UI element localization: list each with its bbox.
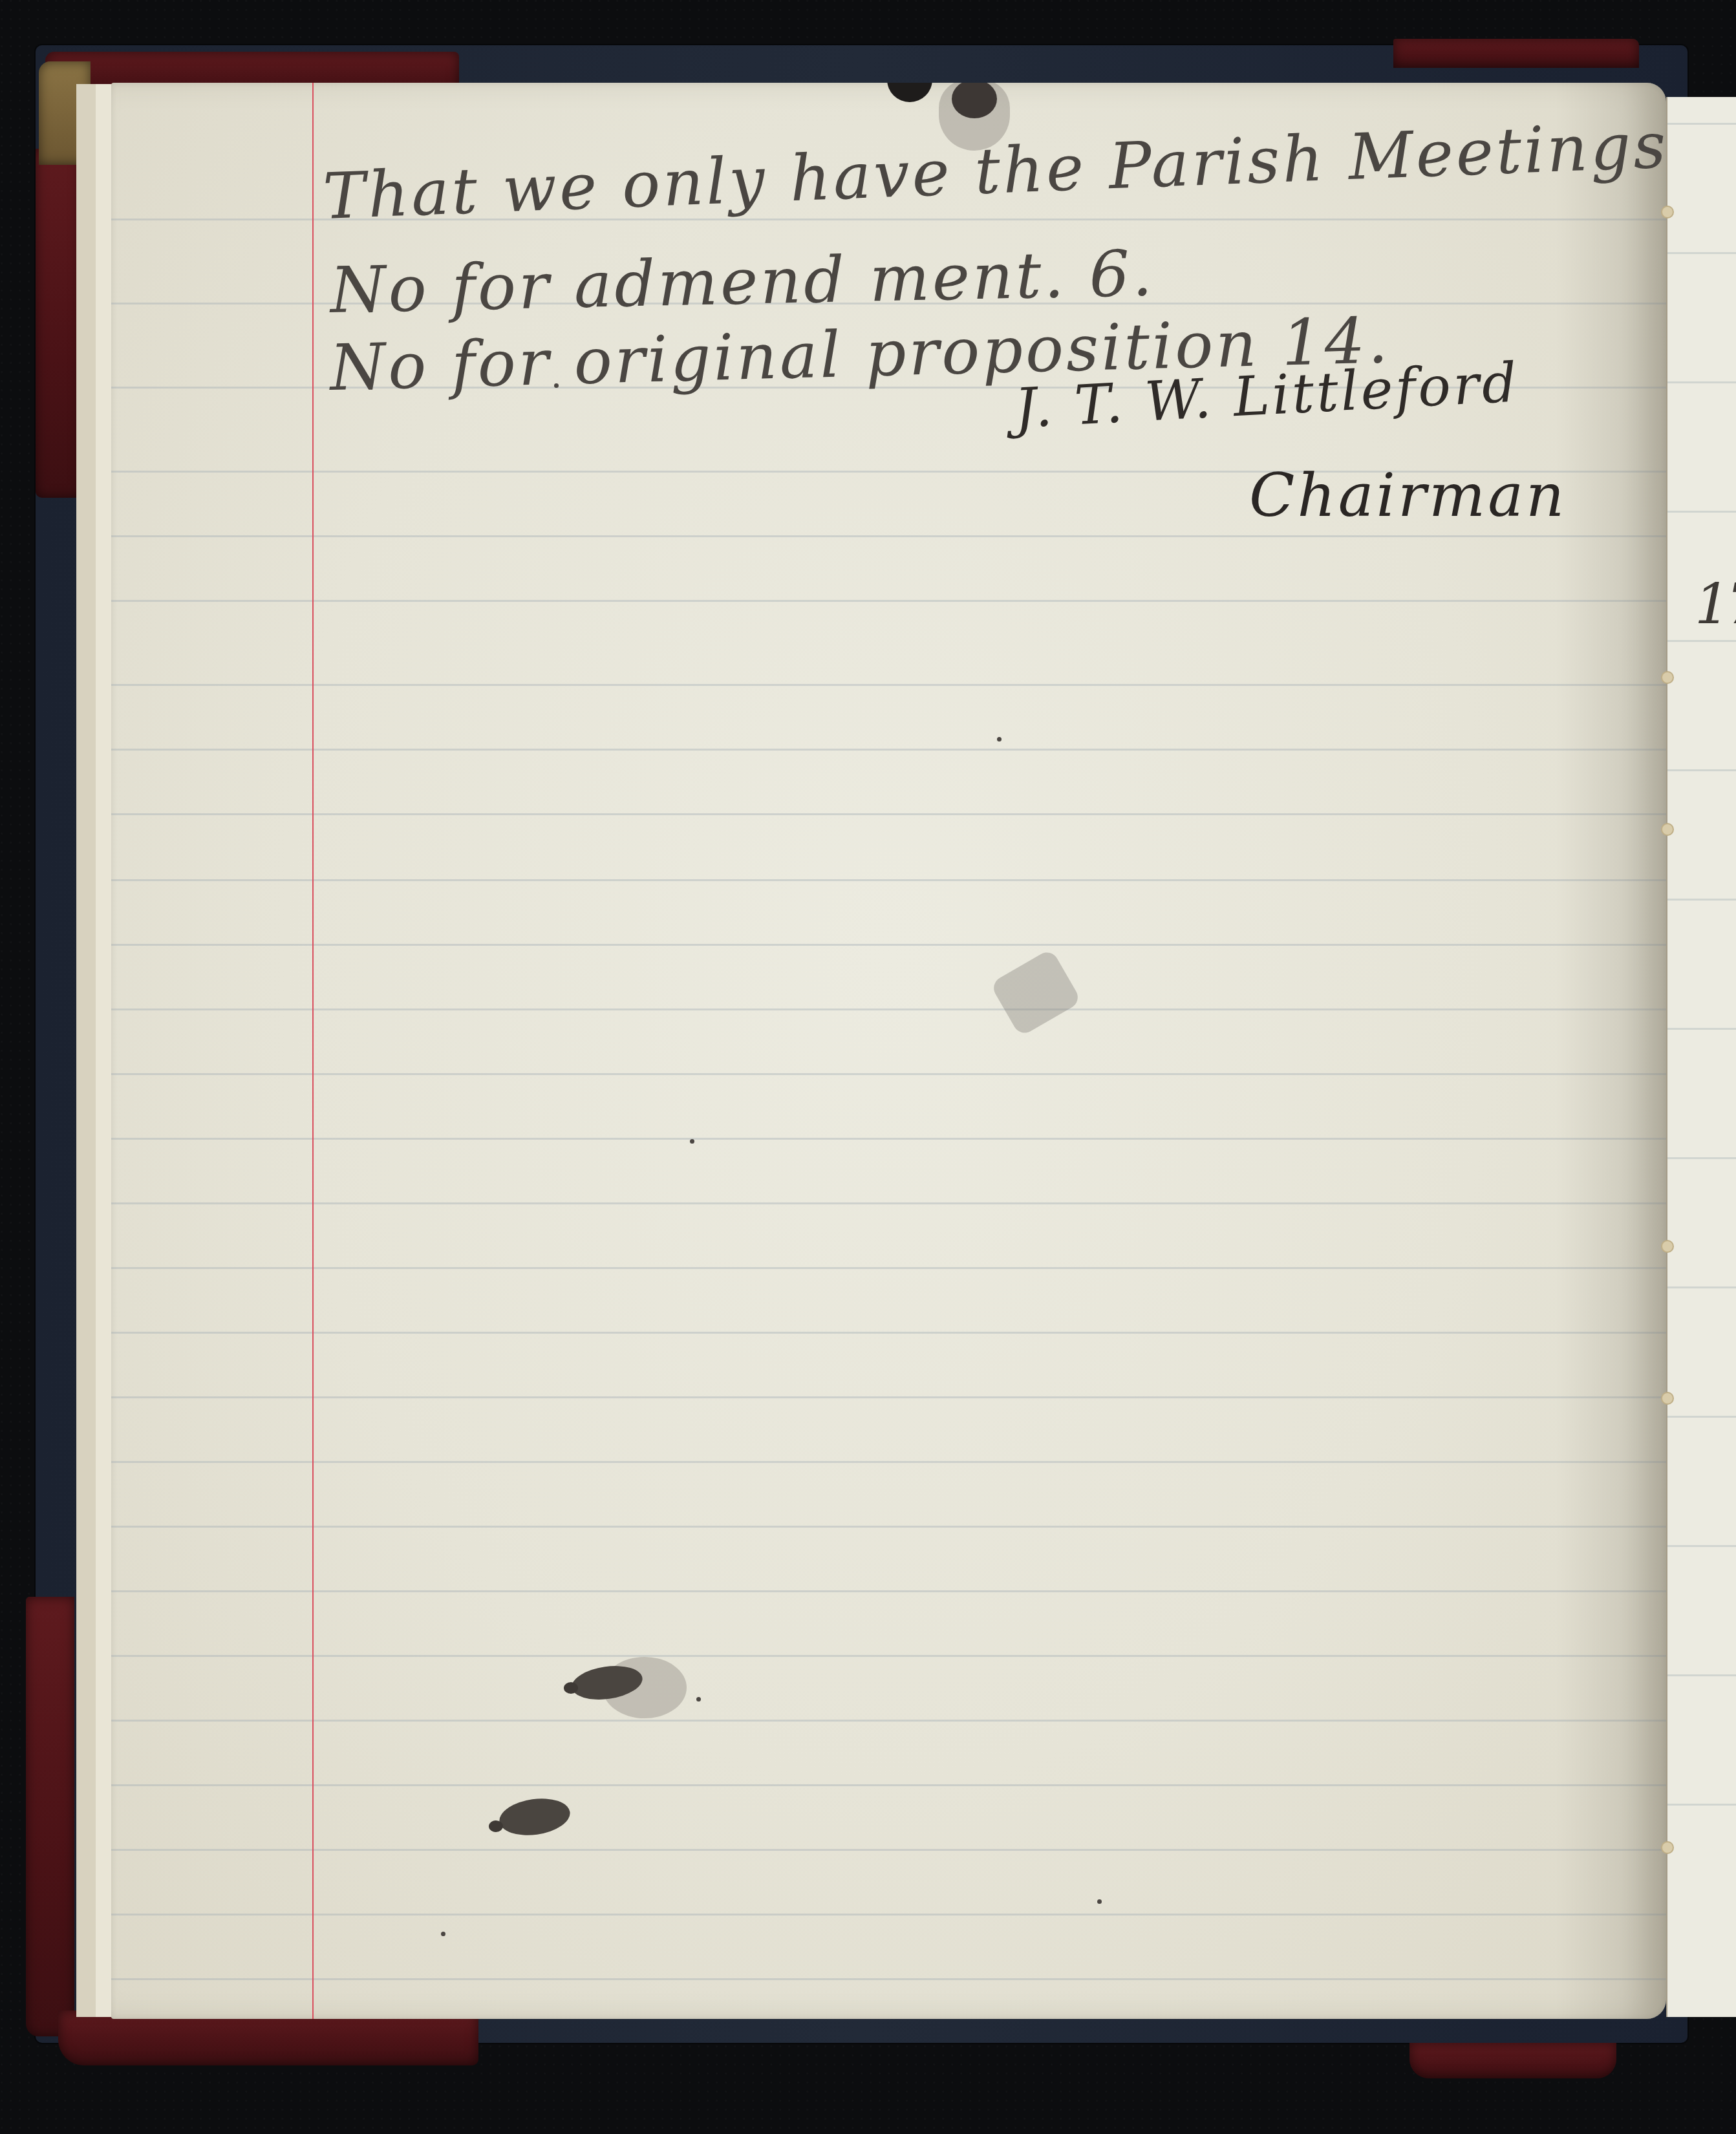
rule-line (111, 1202, 1666, 1204)
rule-line (1667, 640, 1736, 642)
rule-line (111, 1914, 1666, 1915)
rule-line (1667, 899, 1736, 901)
ink-blot (887, 83, 932, 102)
rule-line (111, 1978, 1666, 1980)
rule-line (1667, 1804, 1736, 1806)
rule-line (111, 813, 1666, 815)
rule-line (111, 1073, 1666, 1075)
ink-blot (497, 1795, 573, 1840)
ink-smudge (990, 948, 1082, 1037)
ink-speck (696, 1697, 701, 1702)
rule-line (1667, 1028, 1736, 1030)
rule-line (111, 1720, 1666, 1722)
ledger-page: That we only have the Parish Meetings No… (111, 83, 1666, 2019)
rule-line (111, 1461, 1666, 1463)
rule-line (111, 1008, 1666, 1010)
rule-line (111, 1138, 1666, 1140)
ink-speck (690, 1139, 694, 1144)
rule-line (111, 1332, 1666, 1334)
rule-line (111, 1526, 1666, 1528)
red-margin-line (312, 83, 314, 2019)
rule-line (1667, 769, 1736, 771)
rule-line (111, 1396, 1666, 1398)
next-page-edge: 17 (1666, 97, 1736, 2017)
rule-line (1667, 1545, 1736, 1547)
ink-speck (1097, 1899, 1102, 1904)
leather-corner-left-lower (26, 1597, 74, 2036)
binding-stitch (1662, 1241, 1673, 1252)
rule-line (111, 600, 1666, 602)
rule-line (1667, 511, 1736, 513)
rule-line (111, 879, 1666, 881)
binding-stitch (1662, 672, 1673, 683)
rule-line (1667, 123, 1736, 125)
rule-line (1667, 1674, 1736, 1676)
ink-blot (489, 1820, 503, 1832)
rule-line (1667, 1157, 1736, 1159)
binding-stitch (1662, 1393, 1673, 1403)
rule-line (1667, 381, 1736, 383)
binding-stitch (1662, 824, 1673, 835)
leather-corner-top-right (1393, 39, 1639, 68)
rule-line (111, 1590, 1666, 1592)
ink-blot (564, 1682, 578, 1694)
rule-line (1667, 1416, 1736, 1418)
page-edge (76, 84, 97, 2017)
ink-speck (554, 383, 559, 388)
ink-speck (441, 1932, 445, 1936)
leather-corner-bottom-right (1409, 2043, 1616, 2078)
rule-line (111, 1267, 1666, 1269)
page-gutter-shadow (1556, 83, 1666, 2019)
rule-line (1667, 252, 1736, 254)
rule-line (111, 944, 1666, 946)
rule-line (111, 535, 1666, 537)
rule-line (111, 1849, 1666, 1851)
binding-stitch (1662, 1842, 1673, 1853)
ink-speck (997, 737, 1002, 742)
page-edge (96, 84, 113, 2017)
binding-stitch (1662, 207, 1673, 217)
signature-title: Chairman (1249, 461, 1567, 530)
leather-corner-left-upper (36, 149, 81, 498)
rule-line (111, 749, 1666, 751)
rule-line (111, 684, 1666, 686)
rule-line (111, 1784, 1666, 1786)
rule-line (111, 1655, 1666, 1657)
rule-line (1667, 1286, 1736, 1288)
page-number-fragment: 17 (1695, 572, 1736, 637)
